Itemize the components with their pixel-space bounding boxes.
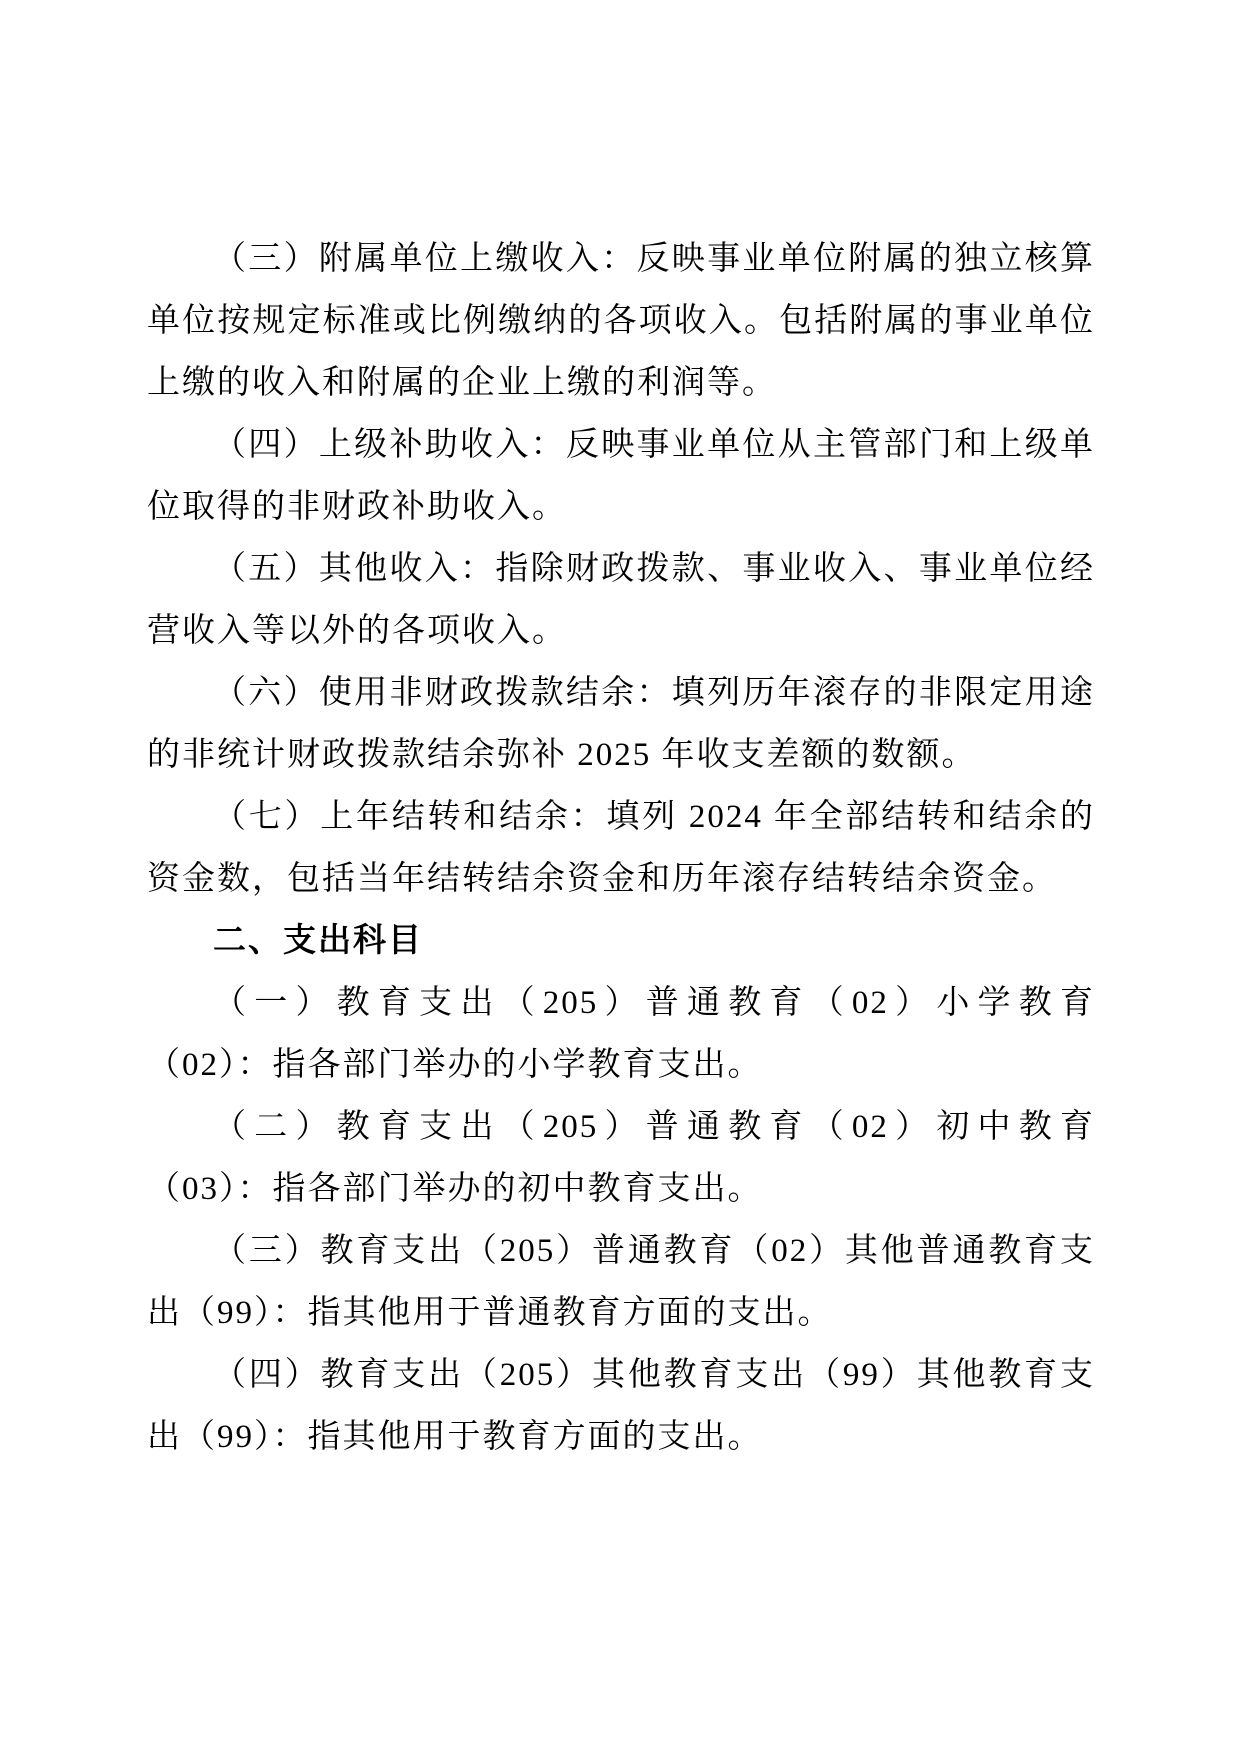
document-content: （三）附属单位上缴收入：反映事业单位附属的独立核算单位按规定标准或比例缴纳的各项…: [147, 228, 1095, 1468]
paragraph: （一）教育支出（205）普通教育（02）小学教育（02）：指各部门举办的小学教育…: [147, 972, 1095, 1096]
section-heading: 二、支出科目: [147, 910, 1095, 972]
document-page: （三）附属单位上缴收入：反映事业单位附属的独立核算单位按规定标准或比例缴纳的各项…: [0, 0, 1241, 1754]
paragraph: （六）使用非财政拨款结余：填列历年滚存的非限定用途的非统计财政拨款结余弥补 20…: [147, 662, 1095, 786]
paragraph: （二）教育支出（205）普通教育（02）初中教育（03）：指各部门举办的初中教育…: [147, 1096, 1095, 1220]
paragraph: （五）其他收入：指除财政拨款、事业收入、事业单位经营收入等以外的各项收入。: [147, 538, 1095, 662]
paragraph: （三）教育支出（205）普通教育（02）其他普通教育支出（99）：指其他用于普通…: [147, 1220, 1095, 1344]
paragraph: （七）上年结转和结余：填列 2024 年全部结转和结余的资金数，包括当年结转结余…: [147, 786, 1095, 910]
paragraph: （三）附属单位上缴收入：反映事业单位附属的独立核算单位按规定标准或比例缴纳的各项…: [147, 228, 1095, 414]
paragraph: （四）教育支出（205）其他教育支出（99）其他教育支出（99）：指其他用于教育…: [147, 1344, 1095, 1468]
paragraph: （四）上级补助收入：反映事业单位从主管部门和上级单位取得的非财政补助收入。: [147, 414, 1095, 538]
